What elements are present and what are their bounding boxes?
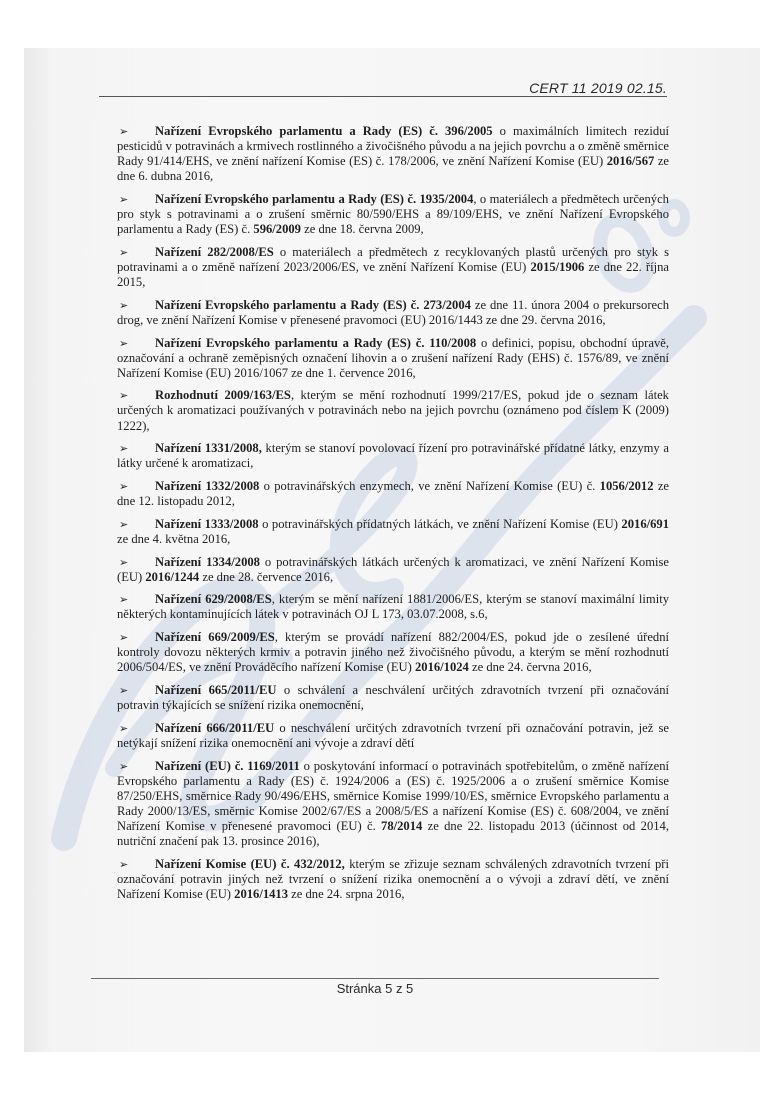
regulation-reference: Nařízení 665/2011/EU <box>155 683 276 697</box>
regulation-description: o potravinářských přídatných látkách, ve… <box>259 517 622 531</box>
regulation-reference: Nařízení Evropského parlamentu a Rady (E… <box>155 336 476 350</box>
scanned-page: CERT 11 2019 02.15. ➢Nařízení Evropského… <box>24 48 760 1052</box>
regulation-reference: Nařízení 666/2011/EU <box>155 721 274 735</box>
regulation-reference: Nařízení 1332/2008 <box>155 479 259 493</box>
document-code: CERT 11 2019 02.15. <box>529 80 667 96</box>
page-header: CERT 11 2019 02.15. <box>99 78 667 97</box>
regulation-reference: Nařízení Evropského parlamentu a Rady (E… <box>155 298 471 312</box>
regulation-item: ➢Nařízení 1333/2008 o potravinářských př… <box>117 517 669 547</box>
regulation-reference: 78/2014 <box>381 819 422 833</box>
arrowhead-bullet-icon: ➢ <box>117 336 155 351</box>
regulation-description: ze dne 24. srpna 2016, <box>288 887 404 901</box>
regulation-description: ze dne 28. července 2016, <box>199 570 333 584</box>
arrowhead-bullet-icon: ➢ <box>117 555 155 570</box>
regulation-item: ➢Nařízení 669/2009/ES, kterým se provádí… <box>117 630 669 675</box>
regulation-reference: Nařízení 629/2008/ES <box>155 592 272 606</box>
arrowhead-bullet-icon: ➢ <box>117 592 155 607</box>
regulation-item: ➢Nařízení Komise (EU) č. 432/2012, který… <box>117 857 669 902</box>
regulation-item: ➢Nařízení 665/2011/EU o schválení a nesc… <box>117 683 669 713</box>
regulation-reference: Nařízení Komise (EU) č. 432/2012, <box>155 857 345 871</box>
regulation-item: ➢Nařízení Evropského parlamentu a Rady (… <box>117 124 669 184</box>
regulation-reference: Nařízení 282/2008/ES <box>155 245 274 259</box>
regulation-reference: Nařízení 1331/2008, <box>155 441 262 455</box>
regulation-reference: 2016/1024 <box>415 660 469 674</box>
arrowhead-bullet-icon: ➢ <box>117 124 155 139</box>
regulation-reference: Nařízení 669/2009/ES <box>155 630 275 644</box>
regulation-reference: 2016/1244 <box>145 570 199 584</box>
arrowhead-bullet-icon: ➢ <box>117 630 155 645</box>
arrowhead-bullet-icon: ➢ <box>117 441 155 456</box>
regulation-item: ➢Nařízení Evropského parlamentu a Rady (… <box>117 192 669 237</box>
regulation-item: ➢Nařízení Evropského parlamentu a Rady (… <box>117 336 669 381</box>
regulation-reference: Nařízení 1333/2008 <box>155 517 259 531</box>
page-footer: Stránka 5 z 5 <box>91 978 659 979</box>
regulation-reference: Nařízení (EU) č. 1169/2011 <box>155 759 300 773</box>
regulation-reference: 2016/691 <box>621 517 669 531</box>
arrowhead-bullet-icon: ➢ <box>117 388 155 403</box>
regulation-description: o potravinářských enzymech, ve znění Nař… <box>259 479 599 493</box>
arrowhead-bullet-icon: ➢ <box>117 298 155 313</box>
arrowhead-bullet-icon: ➢ <box>117 759 155 774</box>
regulation-reference: 2015/1906 <box>530 260 584 274</box>
regulation-reference: Rozhodnutí 2009/163/ES <box>155 388 291 402</box>
regulation-reference: 1056/2012 <box>600 479 654 493</box>
regulation-reference: 596/2009 <box>253 222 301 236</box>
arrowhead-bullet-icon: ➢ <box>117 245 155 260</box>
arrowhead-bullet-icon: ➢ <box>117 192 155 207</box>
regulation-item: ➢Rozhodnutí 2009/163/ES, kterým se mění … <box>117 388 669 433</box>
regulation-description: ze dne 24. června 2016, <box>469 660 592 674</box>
regulation-item: ➢Nařízení 1332/2008 o potravinářských en… <box>117 479 669 509</box>
regulation-item: ➢Nařízení 282/2008/ES o materiálech a př… <box>117 245 669 290</box>
regulation-reference: 2016/1413 <box>234 887 288 901</box>
regulation-reference: Nařízení Evropského parlamentu a Rady (E… <box>155 124 493 138</box>
regulation-item: ➢Nařízení (EU) č. 1169/2011 o poskytován… <box>117 759 669 850</box>
regulation-reference: Nařízení 1334/2008 <box>155 555 260 569</box>
arrowhead-bullet-icon: ➢ <box>117 683 155 698</box>
regulation-list: ➢Nařízení Evropského parlamentu a Rady (… <box>117 124 669 910</box>
arrowhead-bullet-icon: ➢ <box>117 517 155 532</box>
regulation-description: ze dne 18. června 2009, <box>301 222 424 236</box>
arrowhead-bullet-icon: ➢ <box>117 721 155 736</box>
arrowhead-bullet-icon: ➢ <box>117 857 155 872</box>
page-number: Stránka 5 z 5 <box>91 981 659 996</box>
regulation-item: ➢Nařízení Evropského parlamentu a Rady (… <box>117 298 669 328</box>
regulation-item: ➢Nařízení 1334/2008 o potravinářských lá… <box>117 555 669 585</box>
arrowhead-bullet-icon: ➢ <box>117 479 155 494</box>
regulation-item: ➢Nařízení 1331/2008, kterým se stanoví p… <box>117 441 669 471</box>
regulation-description: ze dne 4. května 2016, <box>117 532 230 546</box>
regulation-reference: Nařízení Evropského parlamentu a Rady (E… <box>155 192 473 206</box>
regulation-item: ➢Nařízení 666/2011/EU o neschválení urči… <box>117 721 669 751</box>
regulation-item: ➢Nařízení 629/2008/ES, kterým se mění na… <box>117 592 669 622</box>
regulation-reference: 2016/567 <box>607 154 655 168</box>
